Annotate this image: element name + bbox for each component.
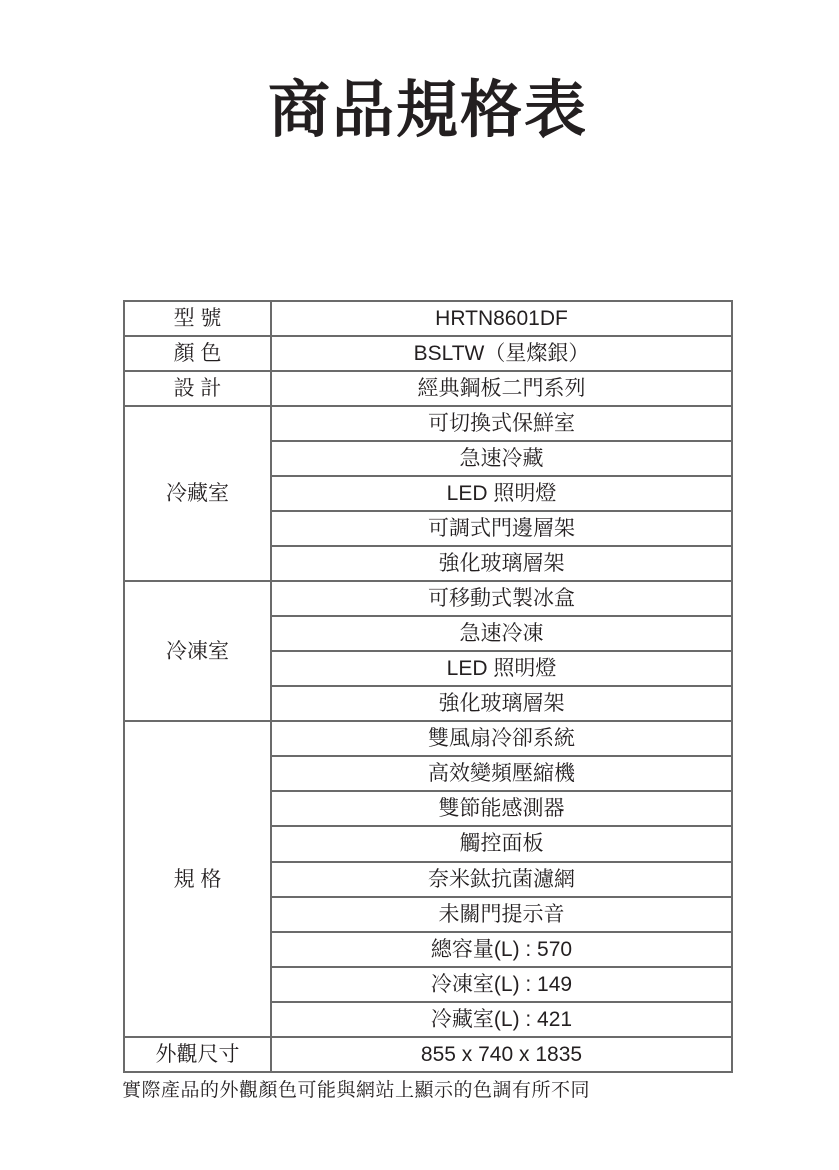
row-value-design: 經典鋼板二門系列: [271, 371, 732, 406]
table-row-dimensions: 外觀尺寸 855 x 740 x 1835: [124, 1037, 732, 1072]
row-value-color: BSLTW（星燦銀）: [271, 336, 732, 371]
spec-sheet-page: 商品規格表 型 號 HRTN8601DF 顏 色 BSLTW（星燦銀） 設 計 …: [0, 0, 839, 1170]
row-value-spec-feature: 未關門提示音: [271, 897, 732, 932]
row-value-fridge-feature: LED 照明燈: [271, 476, 732, 511]
row-label-freezer: 冷凍室: [124, 581, 271, 721]
footnote: 實際產品的外觀顏色可能與網站上顯示的色調有所不同: [122, 1080, 590, 1103]
row-value-fridge-feature: 可切換式保鮮室: [271, 406, 732, 441]
row-label-color: 顏 色: [124, 336, 271, 371]
row-value-spec-feature: 觸控面板: [271, 826, 732, 861]
table-row-design: 設 計 經典鋼板二門系列: [124, 371, 732, 406]
row-value-total-capacity: 總容量(L) : 570: [271, 932, 732, 967]
row-value-freezer-feature: LED 照明燈: [271, 651, 732, 686]
row-label-fridge: 冷藏室: [124, 406, 271, 581]
row-label-design: 設 計: [124, 371, 271, 406]
table-row-color: 顏 色 BSLTW（星燦銀）: [124, 336, 732, 371]
table-row-freezer: 冷凍室 可移動式製冰盒: [124, 581, 732, 616]
row-value-spec-feature: 雙風扇冷卻系統: [271, 721, 732, 756]
row-value-freezer-feature: 急速冷凍: [271, 616, 732, 651]
row-value-freezer-capacity: 冷凍室(L) : 149: [271, 967, 732, 1002]
row-value-model: HRTN8601DF: [271, 301, 732, 336]
row-value-spec-feature: 雙節能感測器: [271, 791, 732, 826]
row-value-spec-feature: 高效變頻壓縮機: [271, 756, 732, 791]
row-value-fridge-capacity: 冷藏室(L) : 421: [271, 1002, 732, 1037]
row-value-freezer-feature: 強化玻璃層架: [271, 686, 732, 721]
table-row-fridge: 冷藏室 可切換式保鮮室: [124, 406, 732, 441]
row-value-fridge-feature: 急速冷藏: [271, 441, 732, 476]
page-title: 商品規格表: [123, 80, 733, 142]
row-value-dimensions: 855 x 740 x 1835: [271, 1037, 732, 1072]
row-value-freezer-feature: 可移動式製冰盒: [271, 581, 732, 616]
table-row-spec: 規 格 雙風扇冷卻系統: [124, 721, 732, 756]
table-row-model: 型 號 HRTN8601DF: [124, 301, 732, 336]
row-value-fridge-feature: 強化玻璃層架: [271, 546, 732, 581]
row-label-model: 型 號: [124, 301, 271, 336]
row-value-spec-feature: 奈米鈦抗菌濾網: [271, 862, 732, 897]
row-label-dimensions: 外觀尺寸: [124, 1037, 271, 1072]
row-label-spec: 規 格: [124, 721, 271, 1036]
row-value-fridge-feature: 可調式門邊層架: [271, 511, 732, 546]
spec-table: 型 號 HRTN8601DF 顏 色 BSLTW（星燦銀） 設 計 經典鋼板二門…: [123, 300, 733, 1073]
